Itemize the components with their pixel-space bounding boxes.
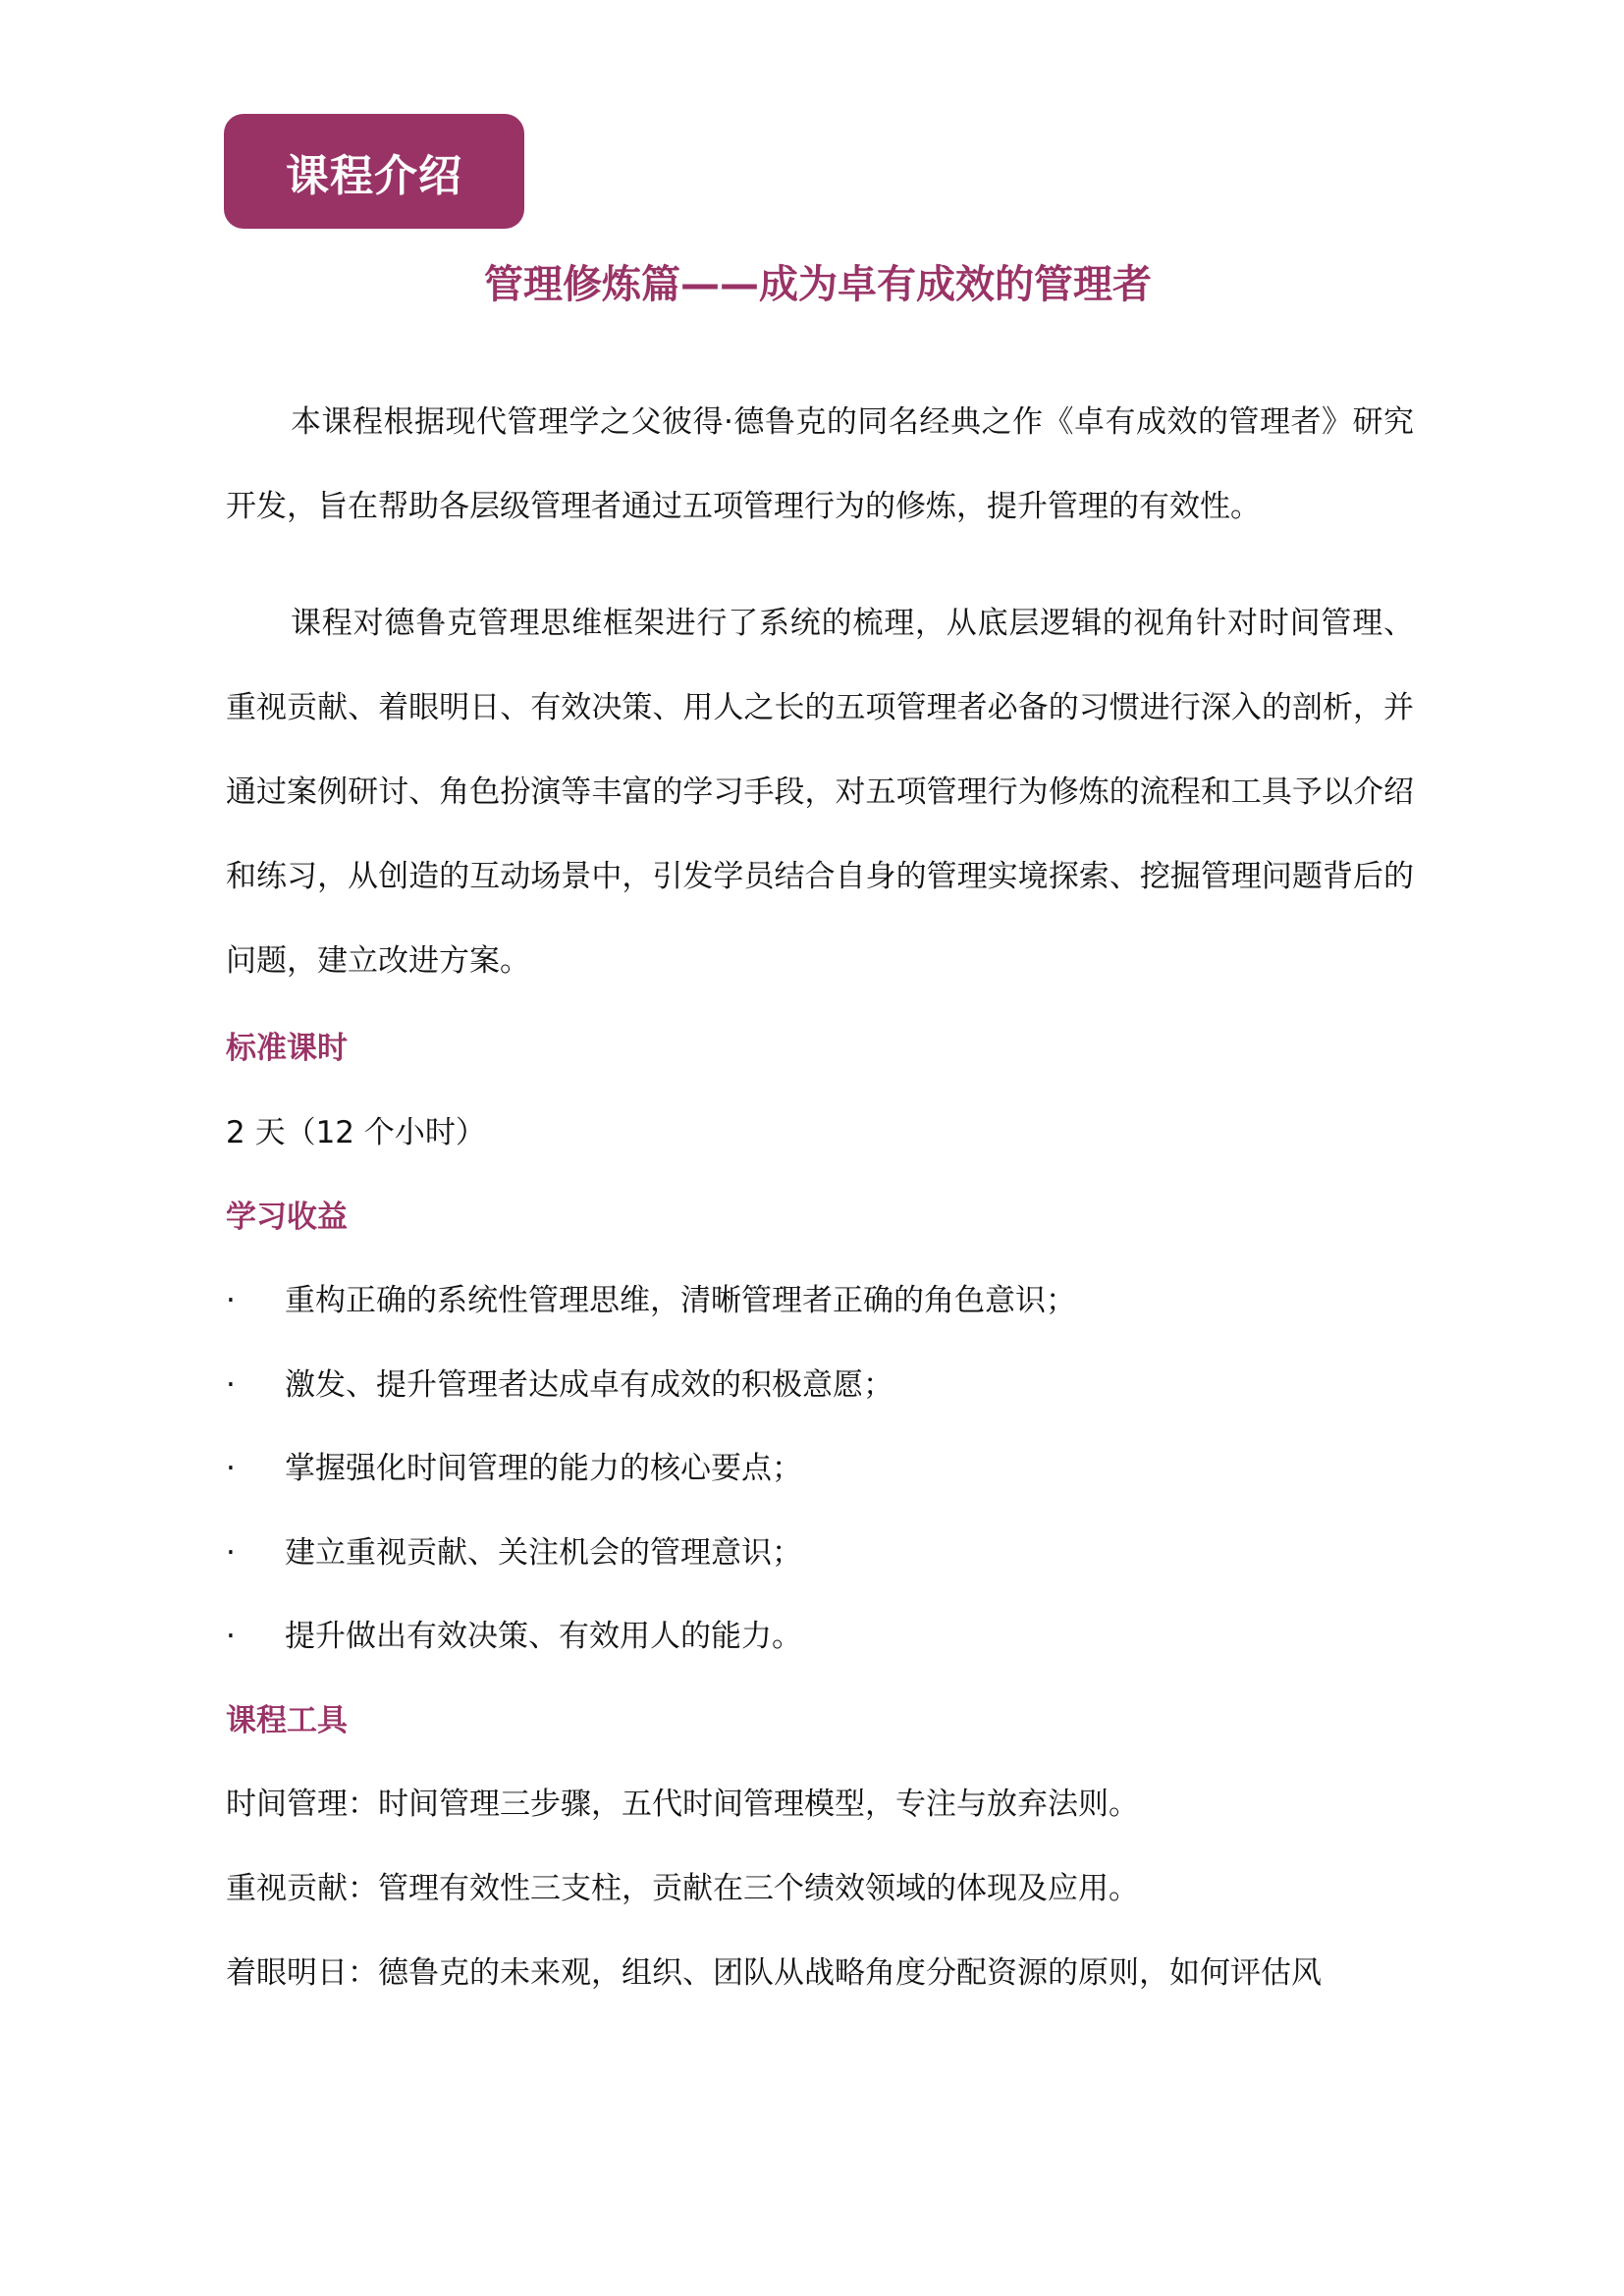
bullet-icon: ·: [226, 1279, 285, 1322]
duration-value: 2 天（12 个小时）: [226, 1111, 486, 1154]
duration-heading: 标准课时: [226, 1027, 348, 1070]
tool-item-time-management: 时间管理：时间管理三步骤，五代时间管理模型，专注与放弃法则。: [226, 1783, 1139, 1826]
section-badge-label: 课程介绍: [286, 140, 462, 203]
bullet-icon: ·: [226, 1615, 285, 1658]
intro-paragraph-2: 课程对德鲁克管理思维框架进行了系统的梳理，从底层逻辑的视角针对时间管理、重视贡献…: [226, 581, 1414, 1003]
benefit-list-item: · 重构正确的系统性管理思维，清晰管理者正确的角色意识；: [226, 1279, 1076, 1322]
benefit-text: 重构正确的系统性管理思维，清晰管理者正确的角色意识；: [285, 1279, 1076, 1322]
benefits-heading: 学习收益: [226, 1196, 348, 1239]
tool-item-future: 着眼明日：德鲁克的未来观，组织、团队从战略角度分配资源的原则，如何评估风: [226, 1951, 1322, 1995]
tools-heading: 课程工具: [226, 1699, 348, 1742]
benefit-list-item: · 提升做出有效决策、有效用人的能力。: [226, 1615, 802, 1658]
benefit-text: 激发、提升管理者达成卓有成效的积极意愿；: [285, 1363, 893, 1407]
course-title: 管理修炼篇——成为卓有成效的管理者: [224, 257, 1412, 312]
benefit-list-item: · 激发、提升管理者达成卓有成效的积极意愿；: [226, 1363, 893, 1407]
benefit-list-item: · 建立重视贡献、关注机会的管理意识；: [226, 1531, 802, 1575]
benefit-text: 提升做出有效决策、有效用人的能力。: [285, 1615, 802, 1658]
intro-paragraph-1: 本课程根据现代管理学之父彼得·德鲁克的同名经典之作《卓有成效的管理者》研究开发，…: [226, 380, 1414, 549]
bullet-icon: ·: [226, 1363, 285, 1407]
benefit-list-item: · 掌握强化时间管理的能力的核心要点；: [226, 1447, 802, 1490]
section-badge: 课程介绍: [224, 114, 524, 229]
document-page: 课程介绍 管理修炼篇——成为卓有成效的管理者 本课程根据现代管理学之父彼得·德鲁…: [0, 0, 1624, 2296]
bullet-icon: ·: [226, 1531, 285, 1575]
bullet-icon: ·: [226, 1447, 285, 1490]
benefit-text: 建立重视贡献、关注机会的管理意识；: [285, 1531, 802, 1575]
benefit-text: 掌握强化时间管理的能力的核心要点；: [285, 1447, 802, 1490]
tool-item-contribution: 重视贡献：管理有效性三支柱，贡献在三个绩效领域的体现及应用。: [226, 1867, 1139, 1910]
